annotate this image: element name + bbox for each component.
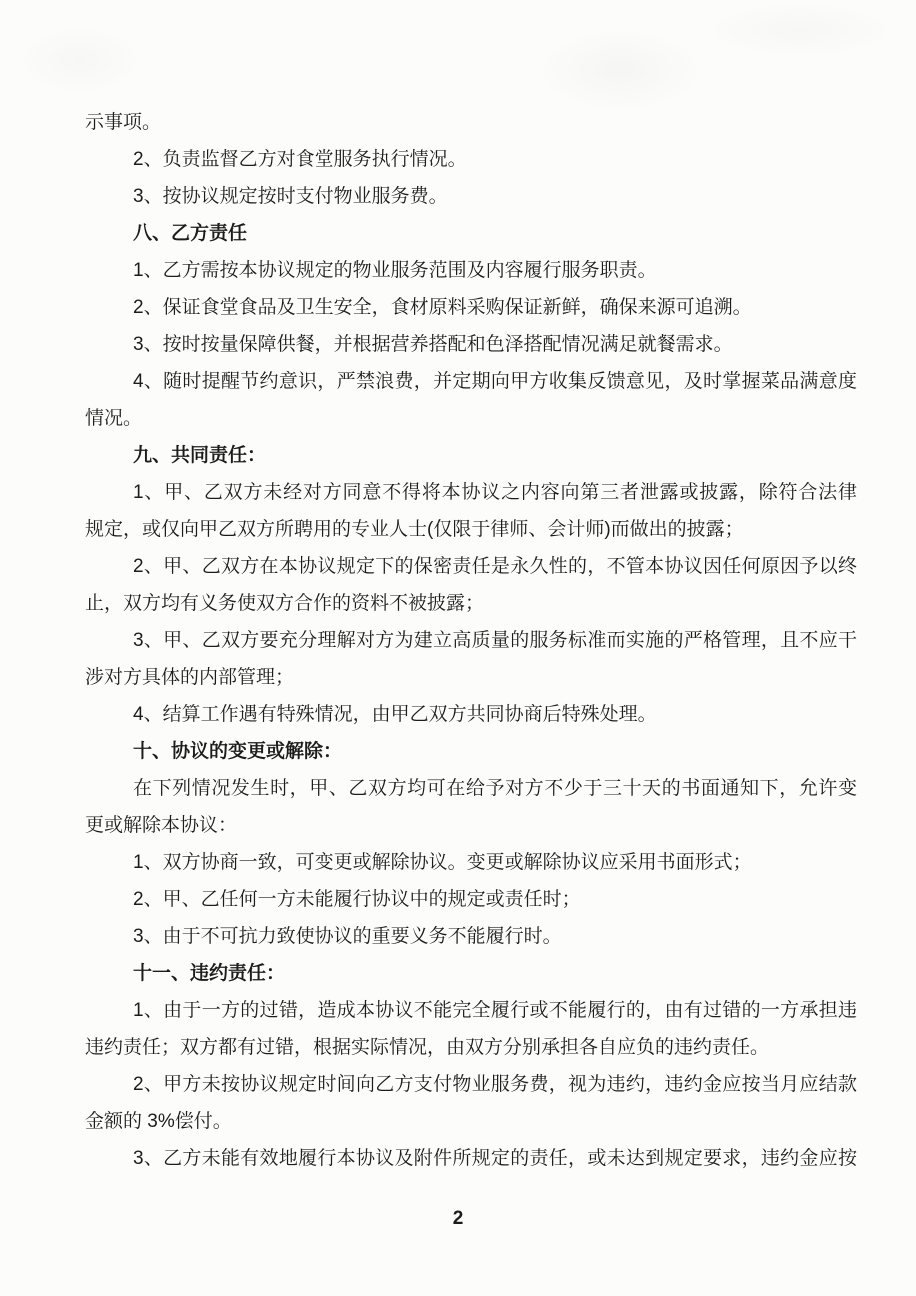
clause-11-1: 1、由于一方的过错，造成本协议不能完全履行或不能履行的，由有过错的一方承担违违约… (85, 992, 857, 1066)
clause-9-3: 3、甲、乙双方要充分理解对方为建立高质量的服务标准而实施的严格管理，且不应干涉对… (85, 622, 857, 696)
clause-continuation: 示事项。 (85, 104, 857, 141)
text-line: 3、乙方未能有效地履行本协议及附件所规定的责任，或未达到规定要求，违约金应按 (85, 1140, 857, 1177)
clause-jiafang-3: 3、按协议规定按时支付物业服务费。 (85, 178, 857, 215)
scanned-contract-page: 示事项。2、负责监督乙方对食堂服务执行情况。3、按协议规定按时支付物业服务费。八… (0, 0, 916, 1296)
clause-9-4: 4、结算工作遇有特殊情况，由甲乙双方共同协商后特殊处理。 (85, 696, 857, 733)
text-line: 2、保证食堂食品及卫生安全，食材原料采购保证新鲜，确保来源可追溯。 (85, 289, 857, 326)
clause-10-3: 3、由于不可抗力致使协议的重要义务不能履行时。 (85, 918, 857, 955)
text-line: 示事项。 (85, 104, 857, 141)
text-line: 3、按时按量保障供餐，并根据营养搭配和色泽搭配情况满足就餐需求。 (85, 326, 857, 363)
text-line: 十一、违约责任： (85, 955, 857, 992)
text-line: 更或解除本协议： (85, 807, 857, 844)
clause-8-4: 4、随时提醒节约意识，严禁浪费，并定期向甲方收集反馈意见，及时掌握菜品满意度情况… (85, 363, 857, 437)
text-line: 3、按协议规定按时支付物业服务费。 (85, 178, 857, 215)
text-line: 金额的 3%偿付。 (85, 1103, 857, 1140)
section-10-heading: 十、协议的变更或解除： (85, 733, 857, 770)
clause-8-1: 1、乙方需按本协议规定的物业服务范围及内容履行服务职责。 (85, 252, 857, 289)
text-line: 1、双方协商一致，可变更或解除协议。变更或解除协议应采用书面形式； (85, 844, 857, 881)
text-line: 情况。 (85, 400, 857, 437)
clause-8-2: 2、保证食堂食品及卫生安全，食材原料采购保证新鲜，确保来源可追溯。 (85, 289, 857, 326)
text-line: 3、甲、乙双方要充分理解对方为建立高质量的服务标准而实施的严格管理，且不应干 (85, 622, 857, 659)
text-line: 1、甲、乙双方未经对方同意不得将本协议之内容向第三者泄露或披露，除符合法律 (85, 474, 857, 511)
text-line: 1、由于一方的过错，造成本协议不能完全履行或不能履行的，由有过错的一方承担违 (85, 992, 857, 1029)
clause-10-intro: 在下列情况发生时，甲、乙双方均可在给予对方不少于三十天的书面通知下，允许变更或解… (85, 770, 857, 844)
section-8-heading: 八、乙方责任 (85, 215, 857, 252)
section-9-heading: 九、共同责任： (85, 437, 857, 474)
text-line: 止，双方均有义务使双方合作的资料不被披露； (85, 585, 857, 622)
clause-9-1: 1、甲、乙双方未经对方同意不得将本协议之内容向第三者泄露或披露，除符合法律规定，… (85, 474, 857, 548)
text-line: 涉对方具体的内部管理； (85, 659, 857, 696)
text-line: 2、甲方未按协议规定时间向乙方支付物业服务费，视为违约，违约金应按当月应结款 (85, 1066, 857, 1103)
text-line: 违约责任；双方都有过错，根据实际情况，由双方分别承担各自应负的违约责任。 (85, 1029, 857, 1066)
text-line: 八、乙方责任 (85, 215, 857, 252)
scan-smudge-artifact (0, 0, 916, 120)
text-line: 3、由于不可抗力致使协议的重要义务不能履行时。 (85, 918, 857, 955)
clause-10-1: 1、双方协商一致，可变更或解除协议。变更或解除协议应采用书面形式； (85, 844, 857, 881)
text-line: 九、共同责任： (85, 437, 857, 474)
clause-10-2: 2、甲、乙任何一方未能履行协议中的规定或责任时； (85, 881, 857, 918)
text-line: 十、协议的变更或解除： (85, 733, 857, 770)
clause-jiafang-2: 2、负责监督乙方对食堂服务执行情况。 (85, 141, 857, 178)
clause-8-3: 3、按时按量保障供餐，并根据营养搭配和色泽搭配情况满足就餐需求。 (85, 326, 857, 363)
clause-11-2: 2、甲方未按协议规定时间向乙方支付物业服务费，视为违约，违约金应按当月应结款金额… (85, 1066, 857, 1140)
text-line: 2、甲、乙任何一方未能履行协议中的规定或责任时； (85, 881, 857, 918)
text-line: 2、负责监督乙方对食堂服务执行情况。 (85, 141, 857, 178)
text-line: 4、结算工作遇有特殊情况，由甲乙双方共同协商后特殊处理。 (85, 696, 857, 733)
text-line: 规定，或仅向甲乙双方所聘用的专业人士(仅限于律师、会计师)而做出的披露； (85, 511, 857, 548)
document-body: 示事项。2、负责监督乙方对食堂服务执行情况。3、按协议规定按时支付物业服务费。八… (85, 104, 857, 1177)
text-line: 1、乙方需按本协议规定的物业服务范围及内容履行服务职责。 (85, 252, 857, 289)
text-line: 2、甲、乙双方在本协议规定下的保密责任是永久性的，不管本协议因任何原因予以终 (85, 548, 857, 585)
clause-9-2: 2、甲、乙双方在本协议规定下的保密责任是永久性的，不管本协议因任何原因予以终止，… (85, 548, 857, 622)
page-number: 2 (0, 1208, 916, 1230)
section-11-heading: 十一、违约责任： (85, 955, 857, 992)
clause-11-3: 3、乙方未能有效地履行本协议及附件所规定的责任，或未达到规定要求，违约金应按 (85, 1140, 857, 1177)
text-line: 在下列情况发生时，甲、乙双方均可在给予对方不少于三十天的书面通知下，允许变 (85, 770, 857, 807)
text-line: 4、随时提醒节约意识，严禁浪费，并定期向甲方收集反馈意见，及时掌握菜品满意度 (85, 363, 857, 400)
